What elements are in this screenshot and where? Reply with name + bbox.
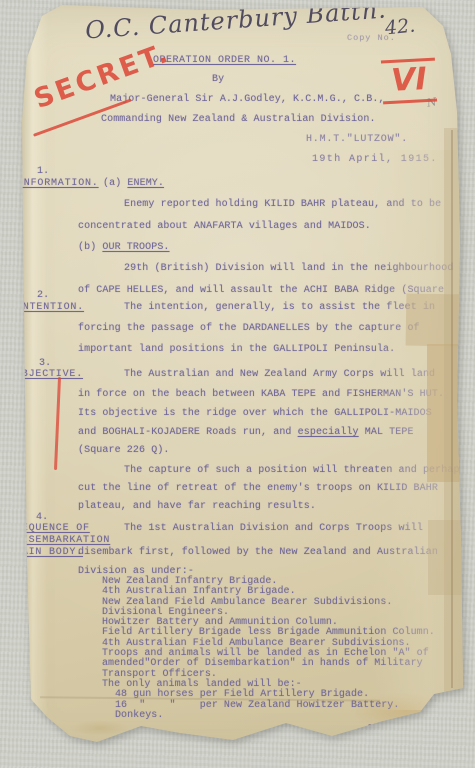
section-1-line: concentrated about ANAFARTA villages and… [78, 221, 371, 233]
photo-background: O.C. Canterbury Battn. Copy No. 42. N OP… [0, 0, 475, 768]
sub-a-label: ENEMY. [127, 178, 164, 189]
sub-a-prefix: (a) [103, 178, 127, 189]
section-2-number: 2. [37, 290, 49, 302]
copy-number-value: 42. [384, 14, 416, 39]
paper-shadow: O.C. Canterbury Battn. Copy No. 42. N OP… [0, 0, 475, 768]
by-line: By [212, 74, 224, 86]
commander-role: Commanding New Zealand & Australian Divi… [101, 114, 376, 126]
section-3-line: (Square 226 Q). [78, 445, 170, 457]
order-title: OPERATION ORDER NO. 1. [153, 55, 296, 67]
commander-name: Major-General Sir A.J.Godley, K.C.M.G., … [110, 94, 385, 106]
document-page: O.C. Canterbury Battn. Copy No. 42. N OP… [0, 0, 475, 768]
section-4-heading: DISEMBARKATION [15, 535, 110, 547]
section-1-number: 1. [37, 166, 49, 178]
section-4-heading: MAIN BODY. [15, 547, 83, 559]
line-emphasis: especially [298, 427, 359, 438]
section-3-heading: OBJECTIVE. [15, 369, 83, 381]
section-4-heading: SEQUENCE OF [15, 523, 90, 535]
section-1-sub-b: (b) OUR TROOPS. [78, 242, 170, 254]
sub-b-prefix: (b) [78, 242, 102, 253]
section-1-heading: INFORMATION. [17, 178, 99, 190]
issue-place: H.M.T."LUTZOW". [306, 134, 408, 146]
section-3-line: and BOGHALI-KOJADERE Roads run, and espe… [78, 427, 414, 439]
list-item: Donkeys. [102, 711, 435, 721]
crease-line-right [451, 130, 453, 688]
sub-b-label: OUR TROOPS. [102, 242, 169, 253]
roman-numeral-mark: VI [381, 58, 437, 105]
section-2-heading: INTENTION. [16, 302, 84, 314]
section-1-sub-a: (a) ENEMY. [103, 178, 164, 190]
section-3-line: plateau, and have far reaching results. [78, 501, 316, 513]
ink-dot [368, 724, 372, 728]
tape-patch [428, 520, 468, 595]
line-pre: and BOGHALI-KOJADERE Roads run, and [78, 427, 298, 438]
section-2-line: important land positions in the GALLIPOL… [78, 344, 395, 356]
tape-strip [444, 128, 466, 693]
section-2-line: forcing the passage of the DARDANELLES b… [78, 323, 420, 335]
stain-bottom-left [70, 720, 130, 736]
